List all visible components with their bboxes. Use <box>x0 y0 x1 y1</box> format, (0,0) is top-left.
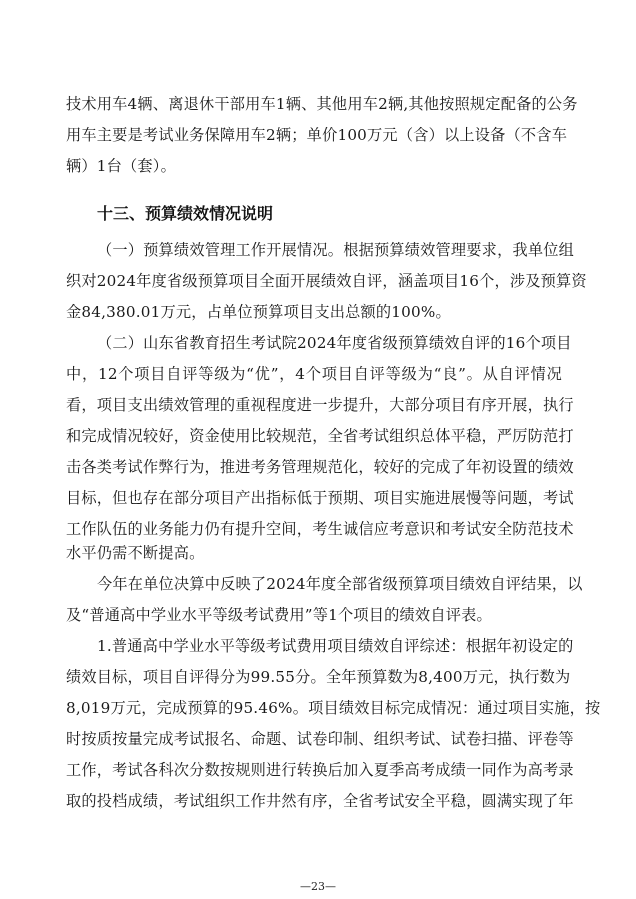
body-line: 工作队伍的业务能力仍有提升空间，考生诚信应考意识和考试安全防范技术 <box>66 519 562 539</box>
body-line: 今年在单位决算中反映了2024年度全部省级预算项目绩效自评结果，以 <box>97 574 562 594</box>
body-line: 目标，但也存在部分项目产出指标低于预期、项目实施进展慢等问题，考试 <box>66 488 562 508</box>
body-line: 水平仍需不断提高。 <box>66 543 562 563</box>
body-line: 辆）1台（套）。 <box>66 156 562 176</box>
body-line: （一）预算绩效管理工作开展情况。根据预算绩效管理要求，我单位组 <box>97 240 562 260</box>
document-page: 技术用车4辆、离退休干部用车1辆、其他用车2辆,其他按照规定配备的公务 用车主要… <box>0 0 636 899</box>
body-line: 及“普通高中学业水平等级考试费用”等1个项目的绩效自评表。 <box>66 605 562 625</box>
body-line: 工作，考试各科次分数按规则进行转换后加入夏季高考成绩一同作为高考录 <box>66 760 562 780</box>
body-line: 绩效目标，项目自评得分为99.55分。全年预算数为8,400万元，执行数为 <box>66 667 562 687</box>
section-heading: 十三、预算绩效情况说明 <box>97 203 273 225</box>
body-line: 中，12个项目自评等级为“优”，4个项目自评等级为“良”。从自评情况 <box>66 364 562 384</box>
page-number: —23— <box>0 880 636 894</box>
body-line: 取的投档成绩，考试组织工作井然有序，全省考试安全平稳，圆满实现了年 <box>66 791 562 811</box>
body-line: 击各类考试作弊行为，推进考务管理规范化，较好的完成了年初设置的绩效 <box>66 457 562 477</box>
body-line: 织对2024年度省级预算项目全面开展绩效自评，涵盖项目16个，涉及预算资 <box>66 271 562 291</box>
body-line: 用车主要是考试业务保障用车2辆；单价100万元（含）以上设备（不含车 <box>66 125 562 145</box>
body-line: 看，项目支出绩效管理的重视程度进一步提升，大部分项目有序开展，执行 <box>66 395 562 415</box>
body-line: 技术用车4辆、离退休干部用车1辆、其他用车2辆,其他按照规定配备的公务 <box>66 94 562 114</box>
body-line: 1.普通高中学业水平等级考试费用项目绩效自评综述：根据年初设定的 <box>97 636 562 656</box>
body-line: 时按质按量完成考试报名、命题、试卷印制、组织考试、试卷扫描、评卷等 <box>66 729 562 749</box>
body-line: 8,019万元，完成预算的95.46%。项目绩效目标完成情况：通过项目实施，按 <box>66 698 562 718</box>
body-line: 金84,380.01万元，占单位预算项目支出总额的100%。 <box>66 302 562 322</box>
body-line: （二）山东省教育招生考试院2024年度省级预算绩效自评的16个项目 <box>97 333 562 353</box>
body-line: 和完成情况较好，资金使用比较规范，全省考试组织总体平稳，严厉防范打 <box>66 426 562 446</box>
